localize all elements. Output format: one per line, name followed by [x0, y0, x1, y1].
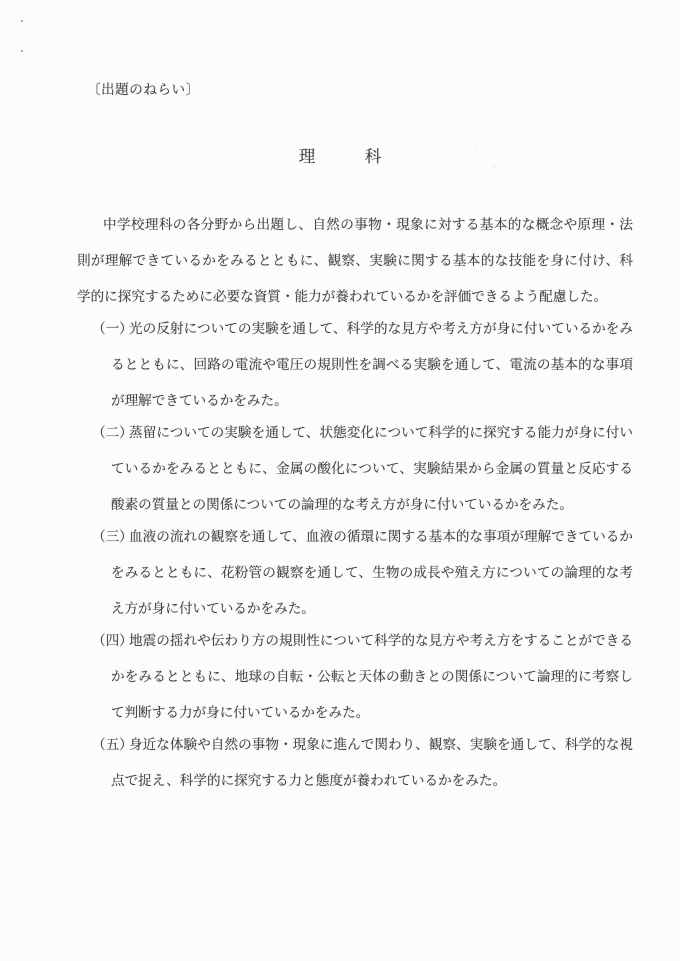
item-number-label: （三）	[92, 519, 129, 555]
aim-item-3: （三）血液の流れの観察を通して、血液の循環に関する基本的な事項が理解できているか…	[111, 519, 633, 627]
item-text: 身近な体験や自然の事物・現象に進んで関わり、観察、実験を通して、科学的な視点で捉…	[111, 737, 633, 788]
aim-items-list: （一）光の反射についての実験を通して、科学的な見方や考え方が身に付いているかをみ…	[0, 311, 680, 799]
document-body: 中学校理科の各分野から出題し、自然の事物・現象に対する基本的な概念や原理・法則が…	[0, 207, 680, 799]
scanned-document-page: 〔出題のねらい〕 理 科 中学校理科の各分野から出題し、自然の事物・現象に対する…	[0, 0, 680, 961]
aim-item-1: （一）光の反射についての実験を通して、科学的な見方や考え方が身に付いているかをみ…	[111, 311, 633, 419]
item-text: 血液の流れの観察を通して、血液の循環に関する基本的な事項が理解できているかをみる…	[111, 529, 633, 616]
item-number-label: （一）	[92, 311, 129, 347]
scan-noise-speckles	[21, 20, 23, 22]
item-number-label: （五）	[92, 727, 129, 763]
subject-title: 理 科	[0, 143, 680, 167]
intro-paragraph: 中学校理科の各分野から出題し、自然の事物・現象に対する基本的な概念や原理・法則が…	[77, 207, 633, 315]
item-text: 地震の揺れや伝わり方の規則性について科学的な見方や考え方をすることができるかをみ…	[111, 633, 633, 720]
item-number-label: （二）	[92, 415, 129, 451]
item-number-label: （四）	[92, 623, 129, 659]
item-text: 蒸留についての実験を通して、状態変化について科学的に探究する能力が身に付いている…	[111, 425, 633, 512]
section-heading: 〔出題のねらい〕	[87, 78, 200, 98]
aim-item-5: （五）身近な体験や自然の事物・現象に進んで関わり、観察、実験を通して、科学的な視…	[111, 727, 633, 799]
item-text: 光の反射についての実験を通して、科学的な見方や考え方が身に付いているかをみるとと…	[111, 321, 633, 408]
aim-item-4: （四）地震の揺れや伝わり方の規則性について科学的な見方や考え方をすることができる…	[111, 623, 633, 731]
aim-item-2: （二）蒸留についての実験を通して、状態変化について科学的に探究する能力が身に付い…	[111, 415, 633, 523]
